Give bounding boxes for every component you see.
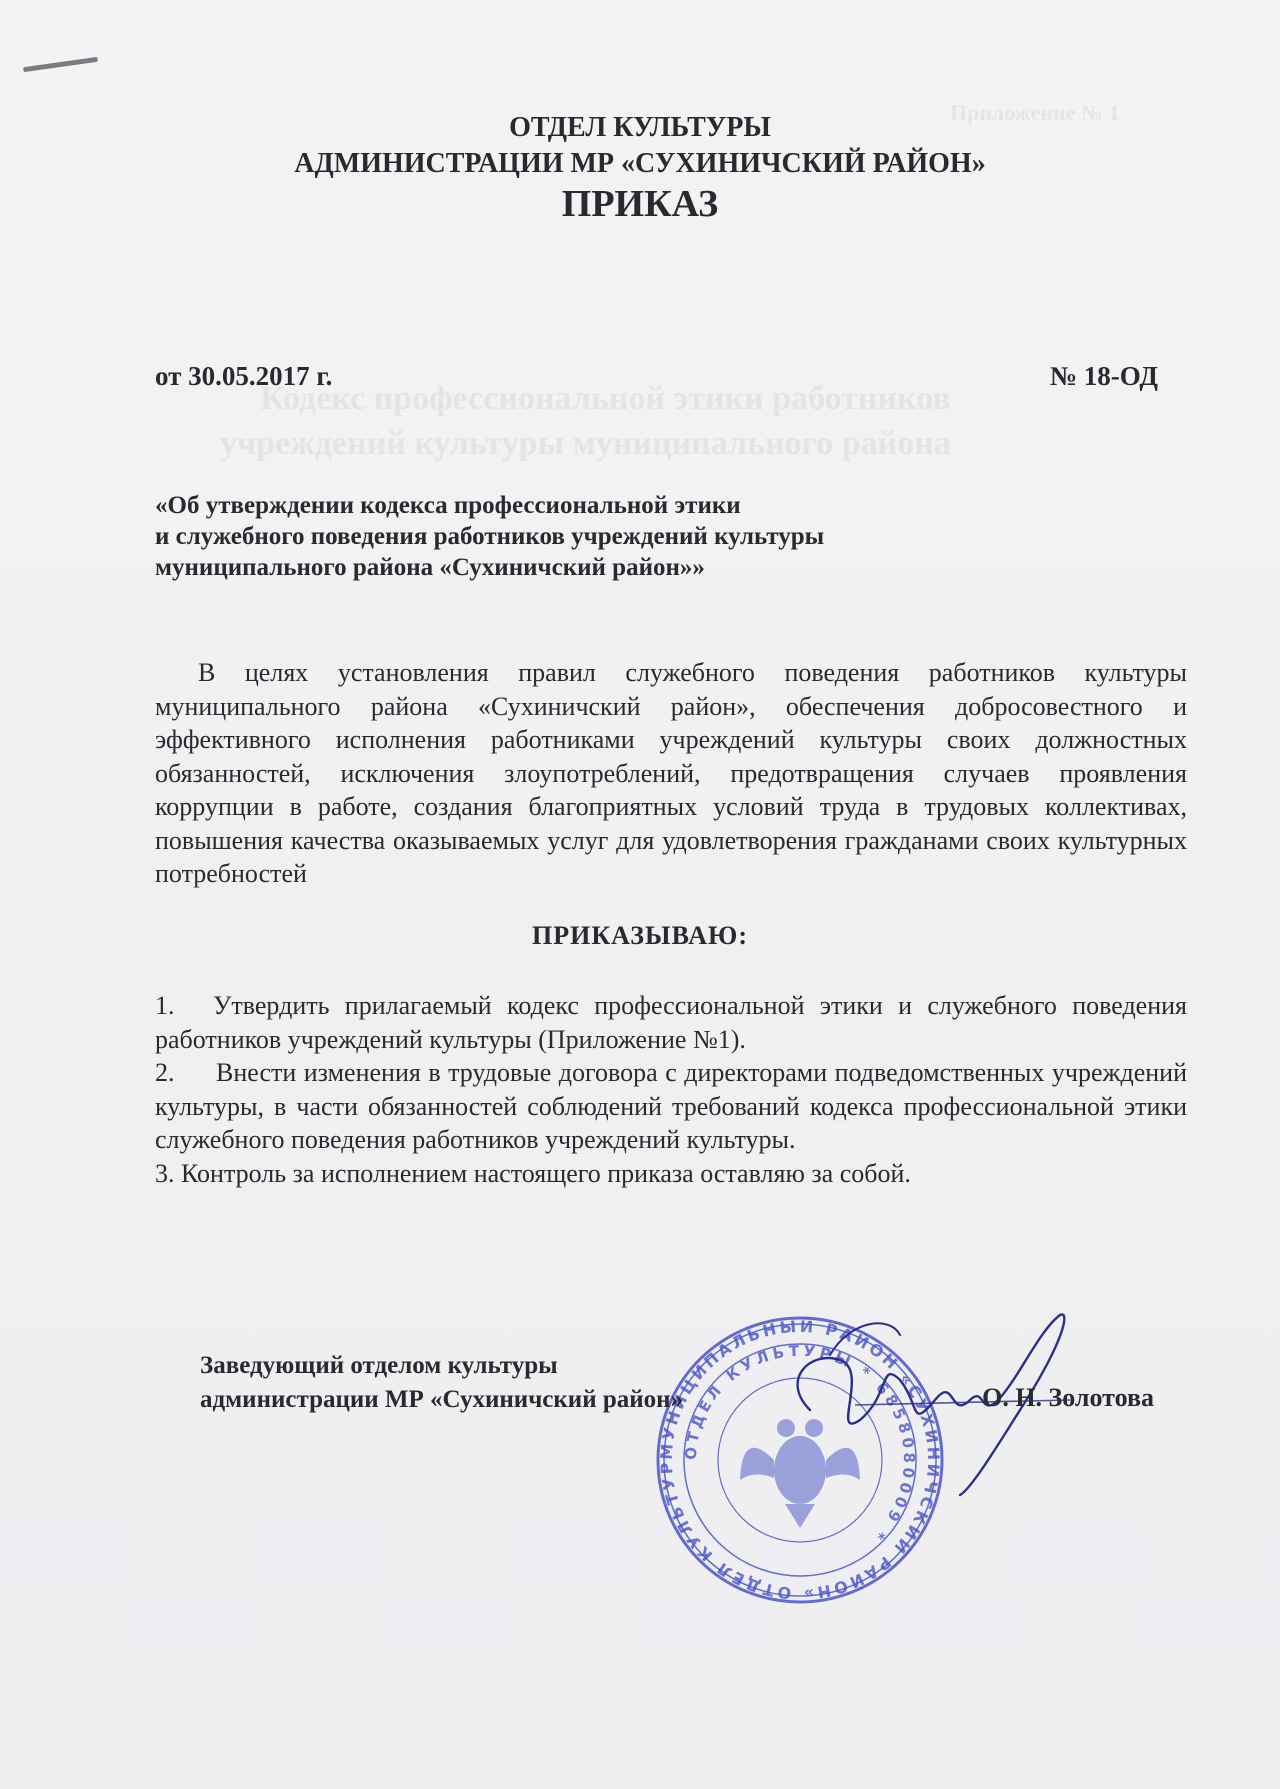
- signatory-name: О. Н. Золотова: [982, 1383, 1154, 1413]
- order-item: 3. Контроль за исполнением настоящего пр…: [155, 1157, 1187, 1191]
- pen-mark: [23, 57, 98, 72]
- subject-line: «Об утверждении кодекса профессиональной…: [155, 490, 824, 521]
- bleed-through-text: учреждений культуры муниципального район…: [220, 425, 951, 463]
- subject-line: муниципального района «Сухиничский район…: [155, 552, 824, 583]
- order-date: от 30.05.2017 г.: [155, 361, 332, 392]
- item-text: Контроль за исполнением настоящего прика…: [181, 1159, 911, 1188]
- position-line: администрации МР «Сухиничский район»: [200, 1383, 683, 1417]
- department-title: ОТДЕЛ КУЛЬТУРЫ: [0, 112, 1280, 144]
- bleed-through-text: Кодекс профессиональной этики работников: [260, 380, 951, 418]
- order-item: 2.Внести изменения в трудовые договора с…: [155, 1056, 1187, 1157]
- order-subject: «Об утверждении кодекса профессиональной…: [155, 490, 824, 583]
- position-line: Заведующий отделом культуры: [200, 1349, 683, 1383]
- item-text: Внести изменения в трудовые договора с д…: [155, 1058, 1187, 1154]
- order-items: 1.Утвердить прилагаемый кодекс профессио…: [155, 989, 1187, 1190]
- signatory-position: Заведующий отделом культуры администраци…: [200, 1349, 683, 1417]
- document-type-title: ПРИКАЗ: [0, 182, 1280, 226]
- preamble-paragraph: В целях установления правил служебного п…: [155, 656, 1187, 891]
- item-text: Утвердить прилагаемый кодекс профессиона…: [155, 991, 1187, 1054]
- administration-title: АДМИНИСТРАЦИИ МР «СУХИНИЧСКИЙ РАЙОН»: [0, 148, 1280, 180]
- item-number: 3.: [155, 1157, 175, 1191]
- item-number: 2.: [155, 1056, 216, 1090]
- subject-line: и служебного поведения работников учрежд…: [155, 521, 824, 552]
- order-number: № 18-ОД: [1050, 361, 1158, 392]
- order-heading: ПРИКАЗЫВАЮ:: [0, 921, 1280, 951]
- document-page: Приложение № 1 Кодекс профессиональной э…: [0, 0, 1280, 1789]
- item-number: 1.: [155, 989, 213, 1023]
- order-item: 1.Утвердить прилагаемый кодекс профессио…: [155, 989, 1187, 1056]
